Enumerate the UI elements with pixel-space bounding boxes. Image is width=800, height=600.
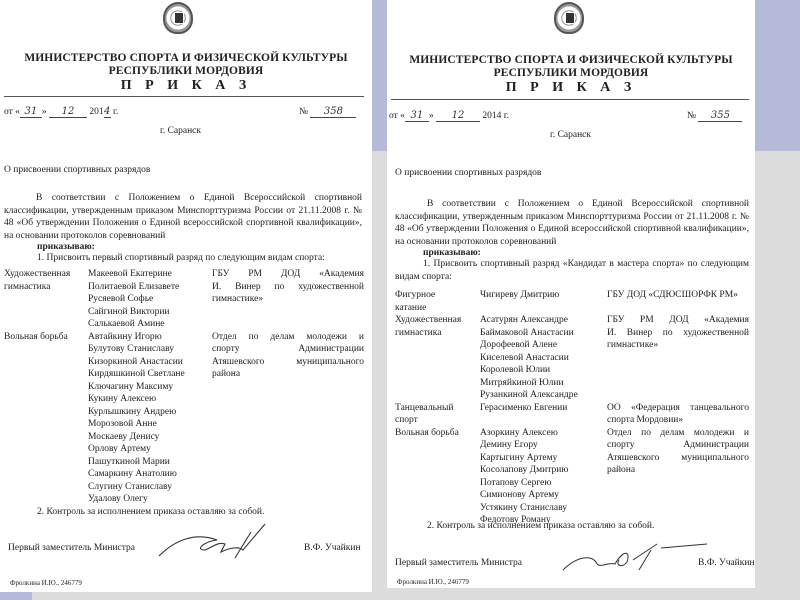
- order-item-1: 1. Присвоить спортивный разряд «Кандидат…: [395, 258, 749, 283]
- city: г. Саранск: [550, 130, 591, 140]
- athlete-names-line: Потапову Сергею: [480, 477, 568, 490]
- athlete-names-line: Кизоркиной Анастасии: [88, 356, 185, 369]
- preamble: В соответствии с Положением о Единой Все…: [4, 192, 362, 242]
- athlete-names-line: Дорофеевой Алене: [480, 339, 578, 352]
- coat-of-arms-icon: [554, 2, 584, 34]
- organization-line: ГБУ РМ ДОД «Академия: [212, 268, 364, 281]
- organization-line: спорта Мордовии»: [607, 414, 749, 427]
- organization-line: Отдел по делам молодежи и: [212, 331, 364, 344]
- ministry-region: РЕСПУБЛИКИ МОРДОВИЯ: [0, 65, 372, 77]
- sport-name: Художественнаягимнастика: [395, 314, 461, 339]
- athlete-names-line: Асатурян Александре: [480, 314, 578, 327]
- organization: Отдел по делам молодежи испорту Админист…: [212, 331, 364, 381]
- awardees-table: ФигурноекатаниеЧигиреву ДмитриюГБУ ДОД «…: [395, 289, 749, 527]
- sport-name: Художественнаягимнастика: [4, 268, 70, 293]
- order-word: приказываю:: [423, 248, 481, 258]
- sport-name: Вольная борьба: [4, 331, 68, 344]
- athlete-names: Асатурян АлександреБаймаковой АнастасииД…: [480, 314, 578, 402]
- slide-background-corner: [0, 592, 32, 600]
- award-group-row: ХудожественнаягимнастикаМакеевой Екатери…: [4, 268, 364, 331]
- date-day: 31: [405, 110, 429, 122]
- athlete-names-line: Морозовой Анне: [88, 418, 185, 431]
- document-type: П Р И К А З: [387, 80, 755, 96]
- organization: ГБУ РМ ДОД «АкадемияИ. Винер по художест…: [212, 268, 364, 306]
- athlete-names-line: Устякину Станиславу: [480, 502, 568, 515]
- coat-of-arms-icon: [163, 2, 193, 34]
- award-group-row: ФигурноекатаниеЧигиреву ДмитриюГБУ ДОД «…: [395, 289, 749, 314]
- athlete-names-line: Слугину Станиславу: [88, 481, 185, 494]
- awardees-table: ХудожественнаягимнастикаМакеевой Екатери…: [4, 268, 364, 506]
- document-type: П Р И К А З: [0, 78, 372, 94]
- sport-name-line: Вольная борьба: [4, 331, 68, 344]
- order-word: приказываю:: [37, 242, 95, 252]
- sport-name-line: Танцевальный: [395, 402, 453, 415]
- sport-name-line: Художественная: [395, 314, 461, 327]
- sport-name: Танцевальныйспорт: [395, 402, 453, 427]
- header-divider: [4, 96, 364, 97]
- athlete-names-line: Симионову Артему: [480, 489, 568, 502]
- athlete-names-line: Москаеву Денису: [88, 431, 185, 444]
- organization-line: гимнастике»: [212, 293, 364, 306]
- organization-line: И. Винер по художественной: [212, 281, 364, 294]
- athlete-names: Азоркину АлексеюДемину ЕгоруКартыгину Ар…: [480, 427, 568, 527]
- sport-name-line: Художественная: [4, 268, 70, 281]
- award-group-row: ХудожественнаягимнастикаАсатурян Алексан…: [395, 314, 749, 402]
- athlete-names-line: Митряйкиной Юлии: [480, 377, 578, 390]
- athlete-names-line: Рузанкиной Александре: [480, 389, 578, 402]
- organization: ОО «Федерация танцевальногоспорта Мордов…: [607, 402, 749, 427]
- award-group-row: Вольная борьбаАвтайкину ИгорюБулутову Ст…: [4, 331, 364, 506]
- athlete-names-line: Пашуткиной Марии: [88, 456, 185, 469]
- athlete-names-line: Макеевой Екатерине: [88, 268, 179, 281]
- sport-name-line: гимнастика: [395, 327, 461, 340]
- order-subject: О присвоении спортивных разрядов: [4, 165, 150, 175]
- athlete-names-line: Автайкину Игорю: [88, 331, 185, 344]
- athlete-names-line: Чигиреву Дмитрию: [480, 289, 559, 302]
- organization: ГБУ ДОД «СДЮСШОРФК РМ»: [607, 289, 749, 302]
- organization: ГБУ РМ ДОД «АкадемияИ. Винер по художест…: [607, 314, 749, 352]
- sport-name-line: Фигурное: [395, 289, 435, 302]
- athlete-names-line: Булутову Станиславу: [88, 343, 185, 356]
- order-number: № 358: [299, 106, 356, 118]
- sport-name-line: катание: [395, 302, 435, 315]
- sport-name-line: спорт: [395, 414, 453, 427]
- order-number-value: 358: [310, 106, 356, 118]
- date-year-digit: 4: [104, 106, 111, 118]
- athlete-names-line: Ключагину Максиму: [88, 381, 185, 394]
- athlete-names-line: Курлышкину Андрею: [88, 406, 185, 419]
- organization-line: района: [607, 464, 749, 477]
- organization-line: ГБУ РМ ДОД «Академия: [607, 314, 749, 327]
- athlete-names-line: Политаевой Елизавете: [88, 281, 179, 294]
- date-month: 12: [49, 106, 87, 118]
- organization-line: И. Винер по художественной: [607, 327, 749, 340]
- award-group-row: ТанцевальныйспортГерасименко ЕвгенииОО «…: [395, 402, 749, 427]
- athlete-names-line: Кирдяшкиной Светлане: [88, 368, 185, 381]
- athlete-names-line: Кукину Алексею: [88, 393, 185, 406]
- organization-line: Отдел по делам молодежи и: [607, 427, 749, 440]
- signer-title: Первый заместитель Министра: [395, 558, 522, 568]
- sport-name-line: Вольная борьба: [395, 427, 459, 440]
- athlete-names-line: Демину Егору: [480, 439, 568, 452]
- athlete-names: Чигиреву Дмитрию: [480, 289, 559, 302]
- order-document-355: МИНИСТЕРСТВО СПОРТА И ФИЗИЧЕСКОЙ КУЛЬТУР…: [387, 0, 755, 588]
- signer-title: Первый заместитель Министра: [8, 543, 135, 553]
- athlete-names-line: Орлову Артему: [88, 443, 185, 456]
- order-number: № 355: [687, 110, 742, 122]
- ministry-name: МИНИСТЕРСТВО СПОРТА И ФИЗИЧЕСКОЙ КУЛЬТУР…: [0, 52, 372, 64]
- award-group-row: Вольная борьбаАзоркину АлексеюДемину Его…: [395, 427, 749, 527]
- order-document-358: МИНИСТЕРСТВО СПОРТА И ФИЗИЧЕСКОЙ КУЛЬТУР…: [0, 0, 372, 592]
- date-month: 12: [436, 110, 480, 122]
- preamble: В соответствии с Положением о Единой Все…: [395, 198, 749, 248]
- sport-name: Фигурноекатание: [395, 289, 435, 314]
- athlete-names-line: Королевой Юлии: [480, 364, 578, 377]
- athlete-names-line: Самаркину Анатолию: [88, 468, 185, 481]
- organization-line: гимнастике»: [607, 339, 749, 352]
- organization-line: Атяшевского муниципального: [212, 356, 364, 369]
- organization-line: ОО «Федерация танцевального: [607, 402, 749, 415]
- order-number-value: 355: [698, 110, 742, 122]
- athlete-names-line: Азоркину Алексею: [480, 427, 568, 440]
- athlete-names-line: Русяевой Софье: [88, 293, 179, 306]
- organization: Отдел по делам молодежи испорту Админист…: [607, 427, 749, 477]
- sport-name-line: гимнастика: [4, 281, 70, 294]
- executor-info: Фролкина И.Ю., 246779: [397, 578, 469, 586]
- city: г. Саранск: [160, 126, 201, 136]
- athlete-names-line: Герасименко Евгении: [480, 402, 567, 415]
- athlete-names: Герасименко Евгении: [480, 402, 567, 415]
- sport-name: Вольная борьба: [395, 427, 459, 440]
- header-divider: [391, 99, 749, 100]
- organization-line: спорту Администрации: [212, 343, 364, 356]
- athlete-names-line: Картыгину Артему: [480, 452, 568, 465]
- athlete-names: Макеевой ЕкатеринеПолитаевой ЕлизаветеРу…: [88, 268, 179, 331]
- organization-line: спорту Администрации: [607, 439, 749, 452]
- athlete-names-line: Сайгиной Виктории: [88, 306, 179, 319]
- ministry-name: МИНИСТЕРСТВО СПОРТА И ФИЗИЧЕСКОЙ КУЛЬТУР…: [387, 54, 755, 66]
- organization-line: района: [212, 368, 364, 381]
- order-date: от «31» 12 2014 г.: [389, 110, 509, 122]
- athlete-names-line: Киселевой Анастасии: [480, 352, 578, 365]
- signer-name: В.Ф. Учайкин: [698, 558, 755, 568]
- athlete-names-line: Салькаевой Амине: [88, 318, 179, 331]
- signature-image: [557, 540, 717, 575]
- athlete-names-line: Удалову Олегу: [88, 493, 185, 506]
- organization-line: Атяшевского муниципального: [607, 452, 749, 465]
- athlete-names: Автайкину ИгорюБулутову СтаниславуКизорк…: [88, 331, 185, 506]
- signer-name: В.Ф. Учайкин: [304, 543, 361, 553]
- order-date: от «31» 12 2014 г.: [4, 106, 118, 118]
- order-item-1: 1. Присвоить первый спортивный разряд по…: [37, 253, 325, 263]
- order-item-2: 2. Контроль за исполнением приказа остав…: [37, 507, 264, 517]
- ministry-region: РЕСПУБЛИКИ МОРДОВИЯ: [387, 67, 755, 79]
- athlete-names-line: Баймаковой Анастасии: [480, 327, 578, 340]
- date-day: 31: [20, 106, 42, 118]
- executor-info: Фролкина И.Ю., 246779: [10, 579, 82, 587]
- order-item-2: 2. Контроль за исполнением приказа остав…: [427, 521, 654, 531]
- athlete-names-line: Косолапову Дмитрию: [480, 464, 568, 477]
- order-subject: О присвоении спортивных разрядов: [395, 168, 541, 178]
- organization-line: ГБУ ДОД «СДЮСШОРФК РМ»: [607, 289, 749, 302]
- signature-image: [155, 520, 275, 565]
